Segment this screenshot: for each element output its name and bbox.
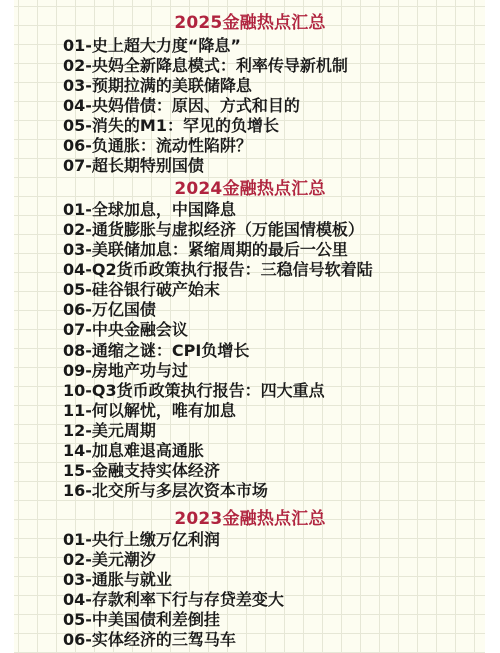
list-item: 02-央妈全新降息模式：利率传导新机制 [63,56,348,76]
list-item: 04-Q2货币政策执行报告：三稳信号软着陆 [63,260,373,280]
list-item: 05-消失的M1：罕见的负增长 [63,116,279,136]
list-item: 11-何以解忧，唯有加息 [63,401,236,421]
list-item: 12-美元周期 [63,421,156,441]
list-item: 06-实体经济的三驾马车 [63,630,236,650]
list-item: 09-房地产功与过 [63,361,188,381]
list-item: 04-央妈借债：原因、方式和目的 [63,96,300,116]
list-item: 07-超长期特别国债 [63,156,204,176]
list-item: 03-通胀与就业 [63,570,172,590]
section-title-2023: 2023金融热点汇总 [0,509,500,529]
list-item: 04-存款利率下行与存贷差变大 [63,590,284,610]
list-item: 08-通缩之谜：CPI负增长 [63,341,249,361]
list-item: 14-加息难退高通胀 [63,441,204,461]
section-title-2025: 2025金融热点汇总 [0,13,500,33]
list-item: 01-史上超大力度“降息” [63,36,241,56]
list-item: 01-央行上缴万亿利润 [63,530,220,550]
list-item: 06-负通胀：流动性陷阱？ [63,136,252,156]
list-item: 02-通货膨胀与虚拟经济（万能国情模板） [63,220,364,240]
list-item: 07-中央金融会议 [63,320,188,340]
list-item: 05-硅谷银行破产始末 [63,280,220,300]
list-item: 03-预期拉满的美联储降息 [63,76,252,96]
list-item: 05-中美国债利差倒挂 [63,610,220,630]
list-item: 15-金融支持实体经济 [63,461,220,481]
list-item: 03-美联储加息：紧缩周期的最后一公里 [63,240,348,260]
list-item: 06-万亿国债 [63,300,156,320]
list-item: 16-北交所与多层次资本市场 [63,481,268,501]
list-item: 10-Q3货币政策执行报告：四大重点 [63,381,325,401]
section-title-2024: 2024金融热点汇总 [0,179,500,199]
list-item: 01-全球加息，中国降息 [63,200,236,220]
list-item: 02-美元潮汐 [63,550,156,570]
